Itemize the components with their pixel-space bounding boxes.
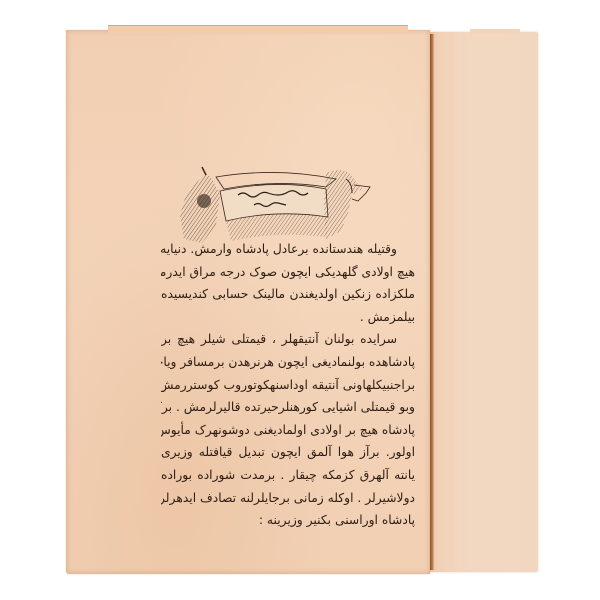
page-tear [470, 29, 520, 34]
text-line: هیچ اولادی گلهدیکی ایچون صوک درجه مراق ا… [161, 261, 415, 284]
text-line: وبو قیمتلی اشیایی کورهنلرحیرتده قالیرلرم… [161, 396, 415, 419]
text-line: اولور. برآز هوا آلمق ایچون تبدیل قیافتله… [161, 441, 415, 464]
text-line: براجنبیکلهاونی آنتیقه اوداسنهکوتوروب کوس… [161, 374, 415, 397]
text-line: دولاشیرلر . اوکله زمانی برجایلرلنه تصادف… [161, 487, 415, 510]
page-top-edge [108, 25, 408, 34]
text-line: وقتیله هندستانده برعادل پادشاه وارمش. دن… [161, 238, 415, 261]
text-line: یانته آلهرق کزمکه چیقار . برمدت شوراده ب… [161, 464, 415, 487]
left-page: وقتیله هندستانده برعادل پادشاه وارمش. دن… [66, 30, 430, 574]
text-line: بیلمزمش . [161, 306, 415, 329]
text-line: پادشاه اوراسنی بکنیر وزیرینه : [161, 509, 415, 532]
text-line: پادشاه هیچ بر اولادی اولمادیغنی دوشونهرک… [161, 419, 415, 442]
right-page [430, 32, 538, 572]
book-spine [430, 34, 434, 570]
body-text: وقتیله هندستانده برعادل پادشاه وارمش. دن… [161, 238, 415, 532]
text-line: ملکزاده زنکین اولدیغندن مالینک حسابی کند… [161, 283, 415, 306]
illustration-vignette [176, 165, 371, 245]
text-line: سرایده بولنان آنتیقهلر ، قیمتلی شیلر هیچ… [161, 328, 415, 351]
text-line: پادشاهده بولنمادیغی ایچون هرنرهدن برمساف… [161, 351, 415, 374]
